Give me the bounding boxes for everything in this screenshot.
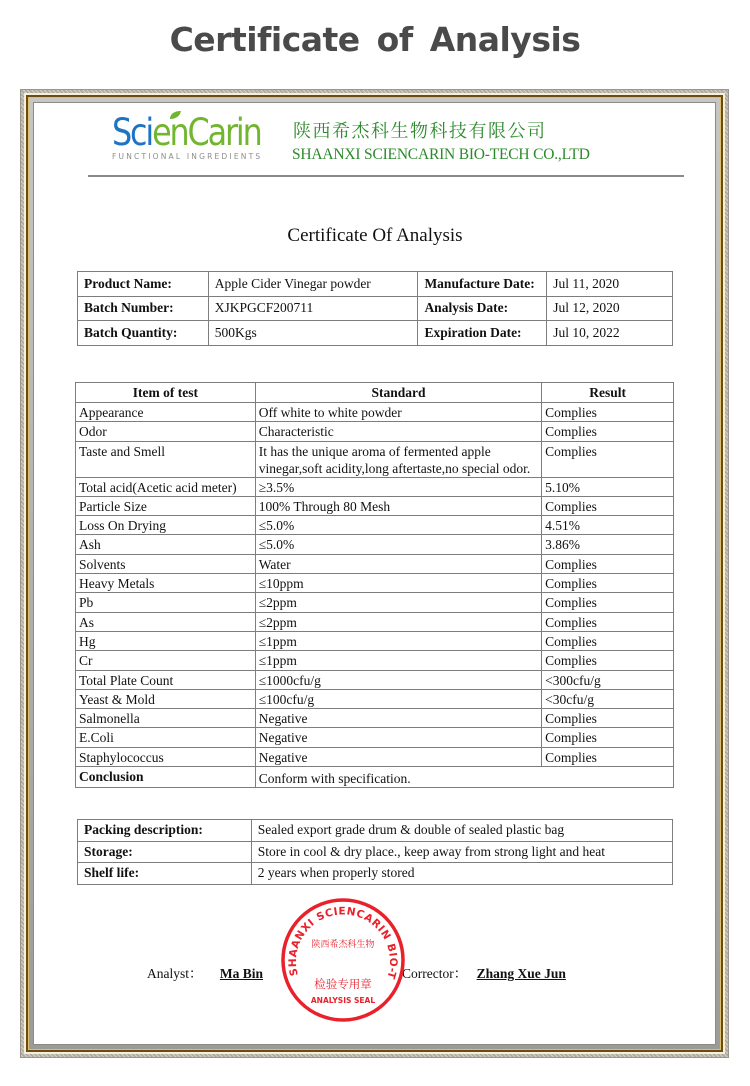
- test-row: Total Plate Count≤1000cfu/g<300cfu/g: [76, 670, 674, 689]
- test-row: Particle Size100% Through 80 MeshComplie…: [76, 496, 674, 515]
- info-label: Product Name:: [78, 272, 209, 297]
- test-standard: ≤1ppm: [255, 631, 541, 650]
- test-result: Complies: [542, 496, 674, 515]
- test-row: SolventsWaterComplies: [76, 554, 674, 573]
- test-standard: ≤2ppm: [255, 612, 541, 631]
- page-title: Certificate of Analysis: [0, 20, 750, 59]
- test-standard: Negative: [255, 747, 541, 766]
- packing-info-table: Packing description:Sealed export grade …: [77, 819, 673, 885]
- info-value: Jul 12, 2020: [547, 296, 673, 321]
- test-row: Loss On Drying≤5.0%4.51%: [76, 516, 674, 535]
- test-standard: 100% Through 80 Mesh: [255, 496, 541, 515]
- info-label: Expiration Date:: [418, 321, 547, 346]
- test-item: E.Coli: [76, 728, 256, 747]
- test-result: Complies: [542, 631, 674, 650]
- test-row: Pb≤2ppmComplies: [76, 593, 674, 612]
- test-row: Cr≤1ppmComplies: [76, 651, 674, 670]
- packing-row: Shelf life:2 years when properly stored: [78, 863, 673, 885]
- analyst-label: Analyst：: [147, 966, 203, 981]
- product-info-table: Product Name:Apple Cider Vinegar powderM…: [77, 271, 673, 346]
- packing-label: Packing description:: [78, 820, 252, 842]
- info-label: Batch Number:: [78, 296, 209, 321]
- test-standard: ≤10ppm: [255, 574, 541, 593]
- company-name-chinese: 陕西希杰科生物科技有限公司: [293, 117, 547, 143]
- company-logo: ScienCarin FUNCTIONAL INGREDIENTS: [112, 112, 272, 172]
- info-row: Batch Quantity:500KgsExpiration Date:Jul…: [78, 321, 673, 346]
- test-row: As≤2ppmComplies: [76, 612, 674, 631]
- corrector-signature: Corrector： Zhang Xue Jun: [402, 962, 566, 982]
- test-standard: ≤100cfu/g: [255, 689, 541, 708]
- test-row: Total acid(Acetic acid meter)≥3.5%5.10%: [76, 477, 674, 496]
- test-row: AppearanceOff white to white powderCompl…: [76, 403, 674, 422]
- test-result: Complies: [542, 612, 674, 631]
- test-item: Taste and Smell: [76, 441, 256, 477]
- packing-value: Store in cool & dry place., keep away fr…: [251, 841, 672, 863]
- conclusion-label: Conclusion: [76, 767, 256, 788]
- test-result: Complies: [542, 651, 674, 670]
- company-name-english: SHAANXI SCIENCARIN BIO-TECH CO.,LTD: [292, 146, 590, 164]
- info-value: XJKPGCF200711: [208, 296, 418, 321]
- test-table-header: Item of test Standard Result: [76, 383, 674, 403]
- test-item: Staphylococcus: [76, 747, 256, 766]
- test-row: SalmonellaNegativeComplies: [76, 709, 674, 728]
- test-standard: Characteristic: [255, 422, 541, 441]
- conclusion-row: Conclusion Conform with specification.: [76, 767, 674, 788]
- test-item: Ash: [76, 535, 256, 554]
- test-standard: ≤1ppm: [255, 651, 541, 670]
- info-row: Batch Number:XJKPGCF200711Analysis Date:…: [78, 296, 673, 321]
- test-item: Heavy Metals: [76, 574, 256, 593]
- test-result: Complies: [542, 574, 674, 593]
- info-value: Jul 11, 2020: [547, 272, 673, 297]
- test-item: Total Plate Count: [76, 670, 256, 689]
- packing-value: 2 years when properly stored: [251, 863, 672, 885]
- corrector-name: Zhang Xue Jun: [471, 966, 566, 982]
- info-value: Jul 10, 2022: [547, 321, 673, 346]
- test-result: <300cfu/g: [542, 670, 674, 689]
- test-row: Yeast & Mold≤100cfu/g<30cfu/g: [76, 689, 674, 708]
- test-standard: It has the unique aroma of fermented app…: [255, 441, 541, 477]
- svg-text:检验专用章: 检验专用章: [314, 977, 372, 991]
- test-result: Complies: [542, 593, 674, 612]
- info-label: Analysis Date:: [418, 296, 547, 321]
- packing-label: Storage:: [78, 841, 252, 863]
- analyst-signature: Analyst： Ma Bin: [147, 962, 269, 982]
- info-label: Manufacture Date:: [418, 272, 547, 297]
- info-row: Product Name:Apple Cider Vinegar powderM…: [78, 272, 673, 297]
- test-item: Salmonella: [76, 709, 256, 728]
- test-item: Total acid(Acetic acid meter): [76, 477, 256, 496]
- test-item: Cr: [76, 651, 256, 670]
- header-divider: [88, 175, 684, 177]
- test-standard: Negative: [255, 709, 541, 728]
- test-item: Odor: [76, 422, 256, 441]
- info-value: 500Kgs: [208, 321, 418, 346]
- test-result: Complies: [542, 747, 674, 766]
- info-value: Apple Cider Vinegar powder: [208, 272, 418, 297]
- test-item: Hg: [76, 631, 256, 650]
- test-row: E.ColiNegativeComplies: [76, 728, 674, 747]
- test-result: Complies: [542, 403, 674, 422]
- column-header-result: Result: [542, 383, 674, 403]
- analysis-seal-stamp: SHAANXI SCIENCARIN BIO-TECH CO.,LTD 陕西希杰…: [278, 895, 408, 1025]
- document-title: Certificate Of Analysis: [0, 225, 750, 247]
- analyst-name: Ma Bin: [206, 966, 269, 982]
- packing-row: Storage:Store in cool & dry place., keep…: [78, 841, 673, 863]
- corrector-label: Corrector：: [402, 966, 467, 981]
- test-standard: ≤5.0%: [255, 516, 541, 535]
- test-result: 3.86%: [542, 535, 674, 554]
- svg-text:陕西希杰科生物: 陕西希杰科生物: [311, 938, 374, 950]
- column-header-standard: Standard: [255, 383, 541, 403]
- test-item: Pb: [76, 593, 256, 612]
- packing-row: Packing description:Sealed export grade …: [78, 820, 673, 842]
- test-row: Ash≤5.0%3.86%: [76, 535, 674, 554]
- info-label: Batch Quantity:: [78, 321, 209, 346]
- test-standard: Water: [255, 554, 541, 573]
- test-standard: Off white to white powder: [255, 403, 541, 422]
- column-header-item: Item of test: [76, 383, 256, 403]
- test-result: <30cfu/g: [542, 689, 674, 708]
- test-result: Complies: [542, 554, 674, 573]
- test-item: Loss On Drying: [76, 516, 256, 535]
- test-row: Taste and SmellIt has the unique aroma o…: [76, 441, 674, 477]
- logo-wordmark: ScienCarin: [112, 112, 250, 154]
- test-result: 4.51%: [542, 516, 674, 535]
- test-row: StaphylococcusNegativeComplies: [76, 747, 674, 766]
- packing-value: Sealed export grade drum & double of sea…: [251, 820, 672, 842]
- test-result: Complies: [542, 728, 674, 747]
- packing-label: Shelf life:: [78, 863, 252, 885]
- test-results-table: Item of test Standard Result AppearanceO…: [75, 382, 674, 788]
- test-standard: ≥3.5%: [255, 477, 541, 496]
- test-row: OdorCharacteristicComplies: [76, 422, 674, 441]
- test-result: Complies: [542, 422, 674, 441]
- svg-text:ANALYSIS SEAL: ANALYSIS SEAL: [311, 996, 375, 1005]
- test-standard: ≤2ppm: [255, 593, 541, 612]
- test-result: Complies: [542, 709, 674, 728]
- svg-text:SHAANXI SCIENCARIN BIO-TECH CO: SHAANXI SCIENCARIN BIO-TECH CO.,LTD: [278, 895, 399, 981]
- test-result: Complies: [542, 441, 674, 477]
- test-item: Particle Size: [76, 496, 256, 515]
- test-standard: Negative: [255, 728, 541, 747]
- test-item: Solvents: [76, 554, 256, 573]
- test-item: Yeast & Mold: [76, 689, 256, 708]
- test-standard: ≤1000cfu/g: [255, 670, 541, 689]
- test-result: 5.10%: [542, 477, 674, 496]
- conclusion-value: Conform with specification.: [255, 767, 673, 788]
- test-item: As: [76, 612, 256, 631]
- test-standard: ≤5.0%: [255, 535, 541, 554]
- test-item: Appearance: [76, 403, 256, 422]
- test-row: Hg≤1ppmComplies: [76, 631, 674, 650]
- test-row: Heavy Metals≤10ppmComplies: [76, 574, 674, 593]
